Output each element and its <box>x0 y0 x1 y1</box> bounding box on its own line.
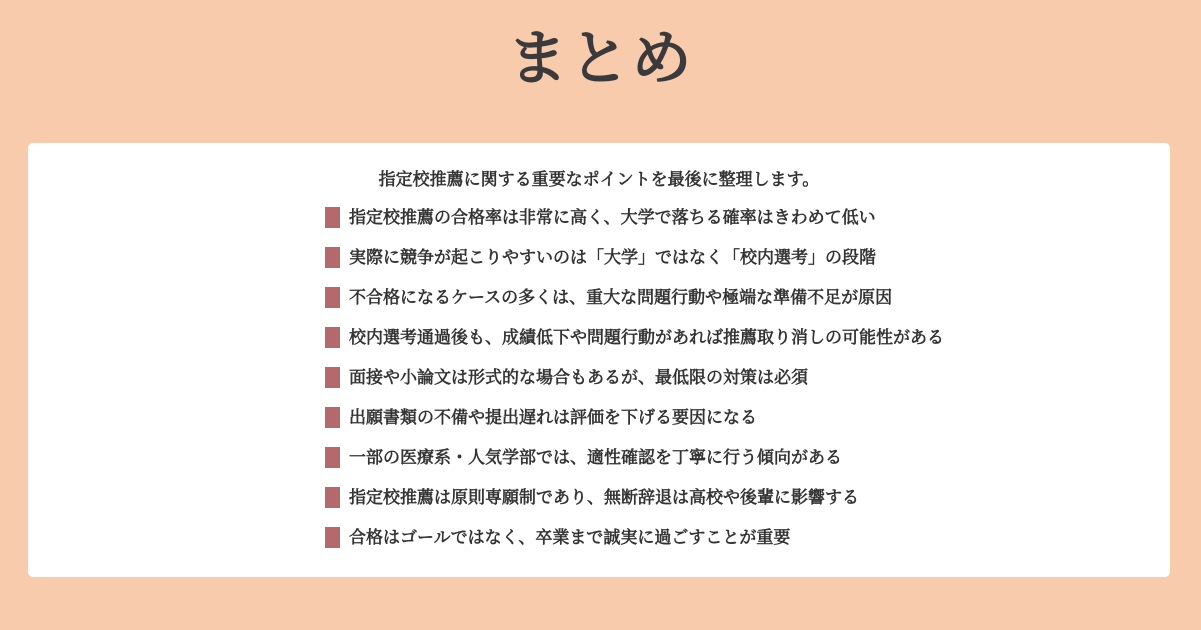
list-item-text: 不合格になるケースの多くは、重大な問題行動や極端な準備不足が原因 <box>349 289 892 306</box>
list-item: 出願書類の不備や提出遅れは評価を下げる要因になる <box>325 407 873 428</box>
list-item-text: 指定校推薦は原則専願制であり、無断辞退は高校や後輩に影響する <box>349 489 859 506</box>
list-item: 一部の医療系・人気学部では、適性確認を丁寧に行う傾向がある <box>325 447 873 468</box>
intro-text: 指定校推薦に関する重要なポイントを最後に整理します。 <box>28 143 1170 190</box>
bullet-square-icon <box>325 527 340 548</box>
list-item: 面接や小論文は形式的な場合もあるが、最低限の対策は必須 <box>325 367 873 388</box>
list-item: 合格はゴールではなく、卒業まで誠実に過ごすことが重要 <box>325 527 873 548</box>
bullet-square-icon <box>325 287 340 308</box>
list-item-text: 指定校推薦の合格率は非常に高く、大学で落ちる確率はきわめて低い <box>349 209 876 226</box>
list-item-text: 一部の医療系・人気学部では、適性確認を丁寧に行う傾向がある <box>349 449 842 466</box>
bullet-square-icon <box>325 487 340 508</box>
bullet-square-icon <box>325 407 340 428</box>
list-item: 校内選考通過後も、成績低下や問題行動があれば推薦取り消しの可能性がある <box>325 327 873 348</box>
list-item-text: 校内選考通過後も、成績低下や問題行動があれば推薦取り消しの可能性がある <box>349 329 944 346</box>
list-item: 不合格になるケースの多くは、重大な問題行動や極端な準備不足が原因 <box>325 287 873 308</box>
page-title: まとめ <box>0 0 1201 93</box>
bullet-square-icon <box>325 207 340 228</box>
list-item-text: 合格はゴールではなく、卒業まで誠実に過ごすことが重要 <box>349 529 790 546</box>
summary-list: 指定校推薦の合格率は非常に高く、大学で落ちる確率はきわめて低い 実際に競争が起こ… <box>325 207 873 548</box>
bullet-square-icon <box>325 447 340 468</box>
bullet-square-icon <box>325 367 340 388</box>
list-item-text: 面接や小論文は形式的な場合もあるが、最低限の対策は必須 <box>349 369 808 386</box>
summary-slide: { "page": { "background_color": "#F7CBAC… <box>0 0 1201 630</box>
list-item-text: 出願書類の不備や提出遅れは評価を下げる要因になる <box>349 409 757 426</box>
list-item: 指定校推薦は原則専願制であり、無断辞退は高校や後輩に影響する <box>325 487 873 508</box>
bullet-square-icon <box>325 327 340 348</box>
list-item: 指定校推薦の合格率は非常に高く、大学で落ちる確率はきわめて低い <box>325 207 873 228</box>
list-item-text: 実際に競争が起こりやすいのは「大学」ではなく「校内選考」の段階 <box>349 249 876 266</box>
list-item: 実際に競争が起こりやすいのは「大学」ではなく「校内選考」の段階 <box>325 247 873 268</box>
summary-card: 指定校推薦に関する重要なポイントを最後に整理します。 指定校推薦の合格率は非常に… <box>28 143 1170 577</box>
bullet-square-icon <box>325 247 340 268</box>
